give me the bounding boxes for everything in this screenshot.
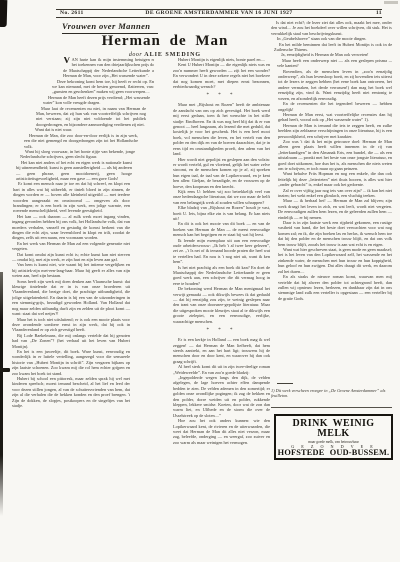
article-column-right: Is dat niet echt?; de lezer ziet dat all… — [271, 20, 392, 376]
article-paragraph: Dat komt omdat zijn kunst echt is; echte… — [12, 252, 130, 263]
drop-cap: V — [63, 57, 72, 66]
article-paragraph: Maar met „Rijshout en Rozen” heeft de am… — [173, 102, 270, 156]
article-paragraph: Zoo was 't dat ik het mijn getrouwe doel… — [278, 139, 392, 171]
article-paragraph: Daar is in zijn laatste werk een rijphei… — [278, 220, 392, 247]
newspaper-page: No. 2611 DE GROENE AMSTERDAMMER VAN 16 J… — [0, 0, 400, 562]
advertisement-box: DRINK WEINIG MELK maar goede melk, van b… — [274, 414, 393, 460]
article-paragraph: Maar laat de recensenten nu niet, in naa… — [36, 106, 146, 128]
article-column-middle: Hubert Montijn is eigenlijk niets, bonte… — [173, 57, 270, 467]
scan-edge-mark-top-left — [0, 0, 7, 27]
article-paragraph: Het kan niet anders of het echt en eigen… — [16, 160, 132, 182]
article-paragraph: Maar het is toch niet uitsluitend; er is… — [12, 317, 130, 333]
article-paragraph: Het kan — ook daarom — al zulk werk moet… — [12, 214, 130, 241]
article-paragraph: En dit is ook het mooie van dit boek — e… — [173, 221, 270, 237]
article-paragraph: En de recensenten die het tegendeel bewe… — [278, 101, 392, 112]
ad-address: KERKSTRAAT 51 — [289, 458, 327, 460]
article-paragraph: Hoe zou het ook anders kunnen: wie den L… — [173, 418, 270, 445]
article-paragraph: Zal er over vijftig jaar nog iets van ov… — [278, 188, 392, 199]
article-paragraph: Maar — ik herhaal het! — Herman de Man z… — [278, 198, 392, 220]
article-paragraph: Er komt een mensch naar je toe en dat hi… — [13, 181, 130, 213]
article-paragraph: Deze bekroning komt hem toe, hij heeft e… — [52, 79, 154, 95]
article-paragraph: Want hij sloeg voorwaar, in het bonte ri… — [20, 149, 135, 160]
article-paragraph: Bij Lode Baekelmans, die mij onlangs ver… — [12, 333, 130, 349]
article-paragraph: „Ingepolderde wegen langs den dijk, de v… — [173, 375, 270, 418]
article-paragraph: Al heel sterk komt dit uit in zijn twee-… — [173, 364, 270, 375]
article-paragraph: En het werk van Herman de Man zal een vo… — [12, 241, 130, 252]
scan-edge-dash-left — [0, 368, 10, 372]
ad-phone: TELEFOON 27144 — [339, 458, 378, 460]
article-column-left: VAN harte kan ik mijn instemming betuige… — [12, 57, 154, 462]
masthead-rule-bottom — [56, 17, 382, 18]
article-paragraph: VAN harte kan ik mijn instemming betuige… — [63, 57, 154, 79]
scan-smudge-top-right — [384, 1, 398, 4]
article-paragraph: Maar heeft een onderwerp niet — als een … — [277, 58, 392, 69]
article-paragraph: Bovendien, als de menschen leven in „zoo… — [278, 69, 392, 101]
footnote: 1) Dit werk verscheen vroeger in „De Gro… — [271, 388, 389, 399]
ad-contact-line: KERKSTRAAT 51 — TELEFOON 27144 — [276, 458, 391, 460]
article-paragraph: Kijk eens U: hebben wij zoo betrekkelijk… — [173, 189, 270, 205]
article-paragraph: Van hem is kunst niet, wie waant bij het… — [12, 262, 130, 278]
article-title-block: Herman de Man door ALIE SMEDING — [55, 33, 275, 59]
ad-company-name: HOFSTEDE OUD-BUSSEM. — [276, 449, 391, 458]
article-paragraph: Herman de Man is iemand die iets te zegg… — [278, 123, 392, 139]
article-paragraph: Herman de Man, die zoo door-en-door eerl… — [24, 133, 138, 149]
article-paragraph: Kent U Hubert Montijn — die eigenlijk ni… — [173, 62, 270, 89]
masthead-title: DE GROENE AMSTERDAMMER VAN 16 JUNI 1927 — [56, 10, 382, 17]
article-paragraph: Want behalve Frits Hopman en nog een enk… — [278, 171, 392, 187]
article-paragraph: Herman de Man heeft dezen prijs verdiend… — [43, 95, 150, 106]
scan-edge-strip-left — [0, 272, 3, 516]
article-paragraph: De bekroning werd Herman de Man menigmaa… — [173, 286, 270, 324]
article-paragraph: Soms heeft zijn werk mij doen denken aan… — [12, 279, 130, 317]
footnote-separator — [277, 383, 293, 384]
article-paragraph: En het milde beminnen dat leeft in Huber… — [274, 42, 392, 53]
article-title: Herman de Man — [55, 33, 275, 49]
article-paragraph: Herman de Man eerst, wat voortreffelijke… — [278, 112, 392, 123]
article-paragraph: Is het niet prachtig als een boek dit ka… — [173, 265, 270, 287]
article-paragraph: Is dat niet echt?; de lezer ziet dat all… — [271, 20, 392, 36]
footnote-rule — [271, 407, 392, 408]
section-separator: * * * — [173, 93, 270, 99]
article-paragraph: Want wat hier geschreven staat, is geen … — [278, 247, 392, 274]
article-paragraph: Ik leende mijn exemplaar uit aan een een… — [173, 238, 270, 265]
page-number: 11 — [362, 10, 382, 17]
article-paragraph: Hubert bij school een pittoresk, maar ze… — [12, 376, 130, 408]
article-paragraph: En het is een juweeltje, dit boek. Ware … — [12, 349, 130, 376]
article-paragraph: En als straks de nieuwe roman komt, waar… — [278, 274, 392, 301]
article-paragraph: Elke bladzij van „Rijshout en Rozen” hou… — [173, 205, 270, 221]
article-paragraph: Hier wordt niet gepolijst en geslepen aa… — [173, 157, 270, 189]
article-paragraph: Er is een kerkje in Holland — een boek m… — [173, 337, 270, 364]
ad-headline: DRINK WEINIG MELK — [276, 419, 391, 439]
ad-contact-dash: — — [331, 458, 335, 460]
section-heading: Vrouwen over Mannen — [62, 21, 158, 34]
section-separator: * * * — [173, 328, 270, 334]
